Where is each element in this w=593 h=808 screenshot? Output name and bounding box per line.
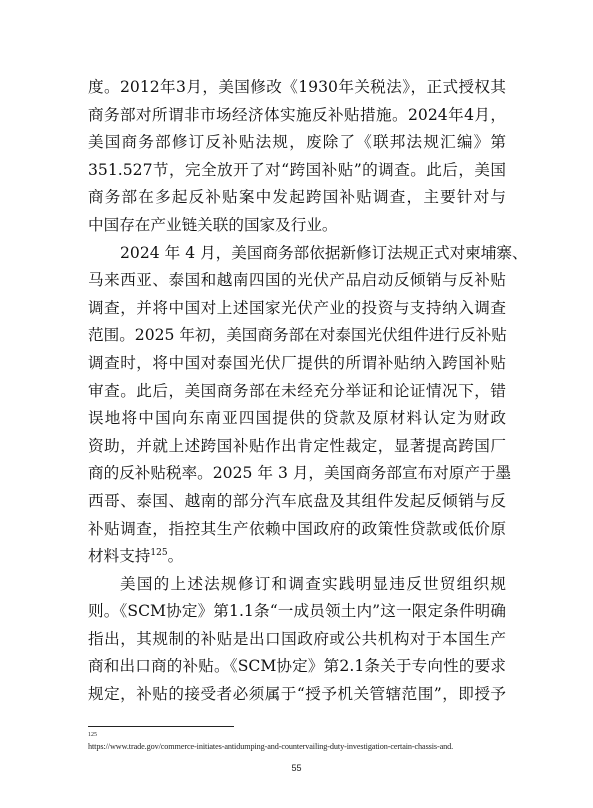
text-line: 资助，并就上述跨国补贴作出肯定性裁定，显著提高跨国厂 (88, 433, 506, 461)
text-line: 中国存在产业链关联的国家及行业。 (88, 212, 506, 240)
text-line: 2024 年 4 月，美国商务部依据新修订法规正式对柬埔寨、 (88, 240, 506, 268)
text-line: 马来西亚、泰国和越南四国的光伏产品启动反倾销与反补贴 (88, 267, 506, 295)
footnote-reference[interactable]: 125 (150, 548, 167, 558)
footnote-link[interactable]: https://www.trade.gov/commerce-initiates… (88, 742, 508, 751)
text-line: 审查。此后，美国商务部在未经充分举证和论证情况下，错 (88, 378, 506, 406)
text-line: 美国商务部修订反补贴法规，废除了《联邦法规汇编》第 (88, 129, 506, 157)
text-line: 351.527节，完全放开了对“跨国补贴”的调查。此后，美国 (88, 157, 506, 185)
text-line: 商和出口商的补贴。《SCM协定》第2.1条关于专向性的要求 (88, 653, 506, 681)
footnote-number: 125 (88, 732, 97, 738)
text-line: 调查时，将中国对泰国光伏厂提供的所谓补贴纳入跨国补贴 (88, 350, 506, 378)
body-text: 度。2012年3月，美国修改《1930年关税法》，正式授权其 商务部对所谓非市场… (88, 74, 506, 709)
text-line: 材料支持125。 (88, 543, 506, 571)
text-line: 则。《SCM协定》第1.1条“一成员领土内”这一限定条件明确 (88, 598, 506, 626)
text-fragment: 材料支持 (88, 547, 150, 565)
page-number: 55 (0, 763, 593, 773)
text-line: 美国的上述法规修订和调查实践明显违反世贸组织规 (88, 571, 506, 599)
text-line: 商的反补贴税率。2025 年 3 月，美国商务部宣布对原产于墨 (88, 460, 506, 488)
text-fragment: 。 (168, 547, 184, 565)
document-page: 度。2012年3月，美国修改《1930年关税法》，正式授权其 商务部对所谓非市场… (0, 0, 593, 808)
text-line: 指出，其规制的补贴是出口国政府或公共机构对于本国生产 (88, 626, 506, 654)
text-line: 商务部在多起反补贴案中发起跨国补贴调查，主要针对与 (88, 184, 506, 212)
text-line: 范围。2025 年初，美国商务部在对泰国光伏组件进行反补贴 (88, 322, 506, 350)
footnote-divider (88, 726, 234, 727)
text-line: 补贴调查，指控其生产依赖中国政府的政策性贷款或低价原 (88, 516, 506, 544)
text-line: 西哥、泰国、越南的部分汽车底盘及其组件发起反倾销与反 (88, 488, 506, 516)
text-line: 度。2012年3月，美国修改《1930年关税法》，正式授权其 (88, 74, 506, 102)
text-line: 商务部对所谓非市场经济体实施反补贴措施。2024年4月， (88, 102, 506, 130)
text-line: 调查，并将中国对上述国家光伏产业的投资与支持纳入调查 (88, 295, 506, 323)
text-line: 规定，补贴的接受者必须属于“授予机关管辖范围”，即授予 (88, 681, 506, 709)
text-line: 误地将中国向东南亚四国提供的贷款及原材料认定为财政 (88, 405, 506, 433)
